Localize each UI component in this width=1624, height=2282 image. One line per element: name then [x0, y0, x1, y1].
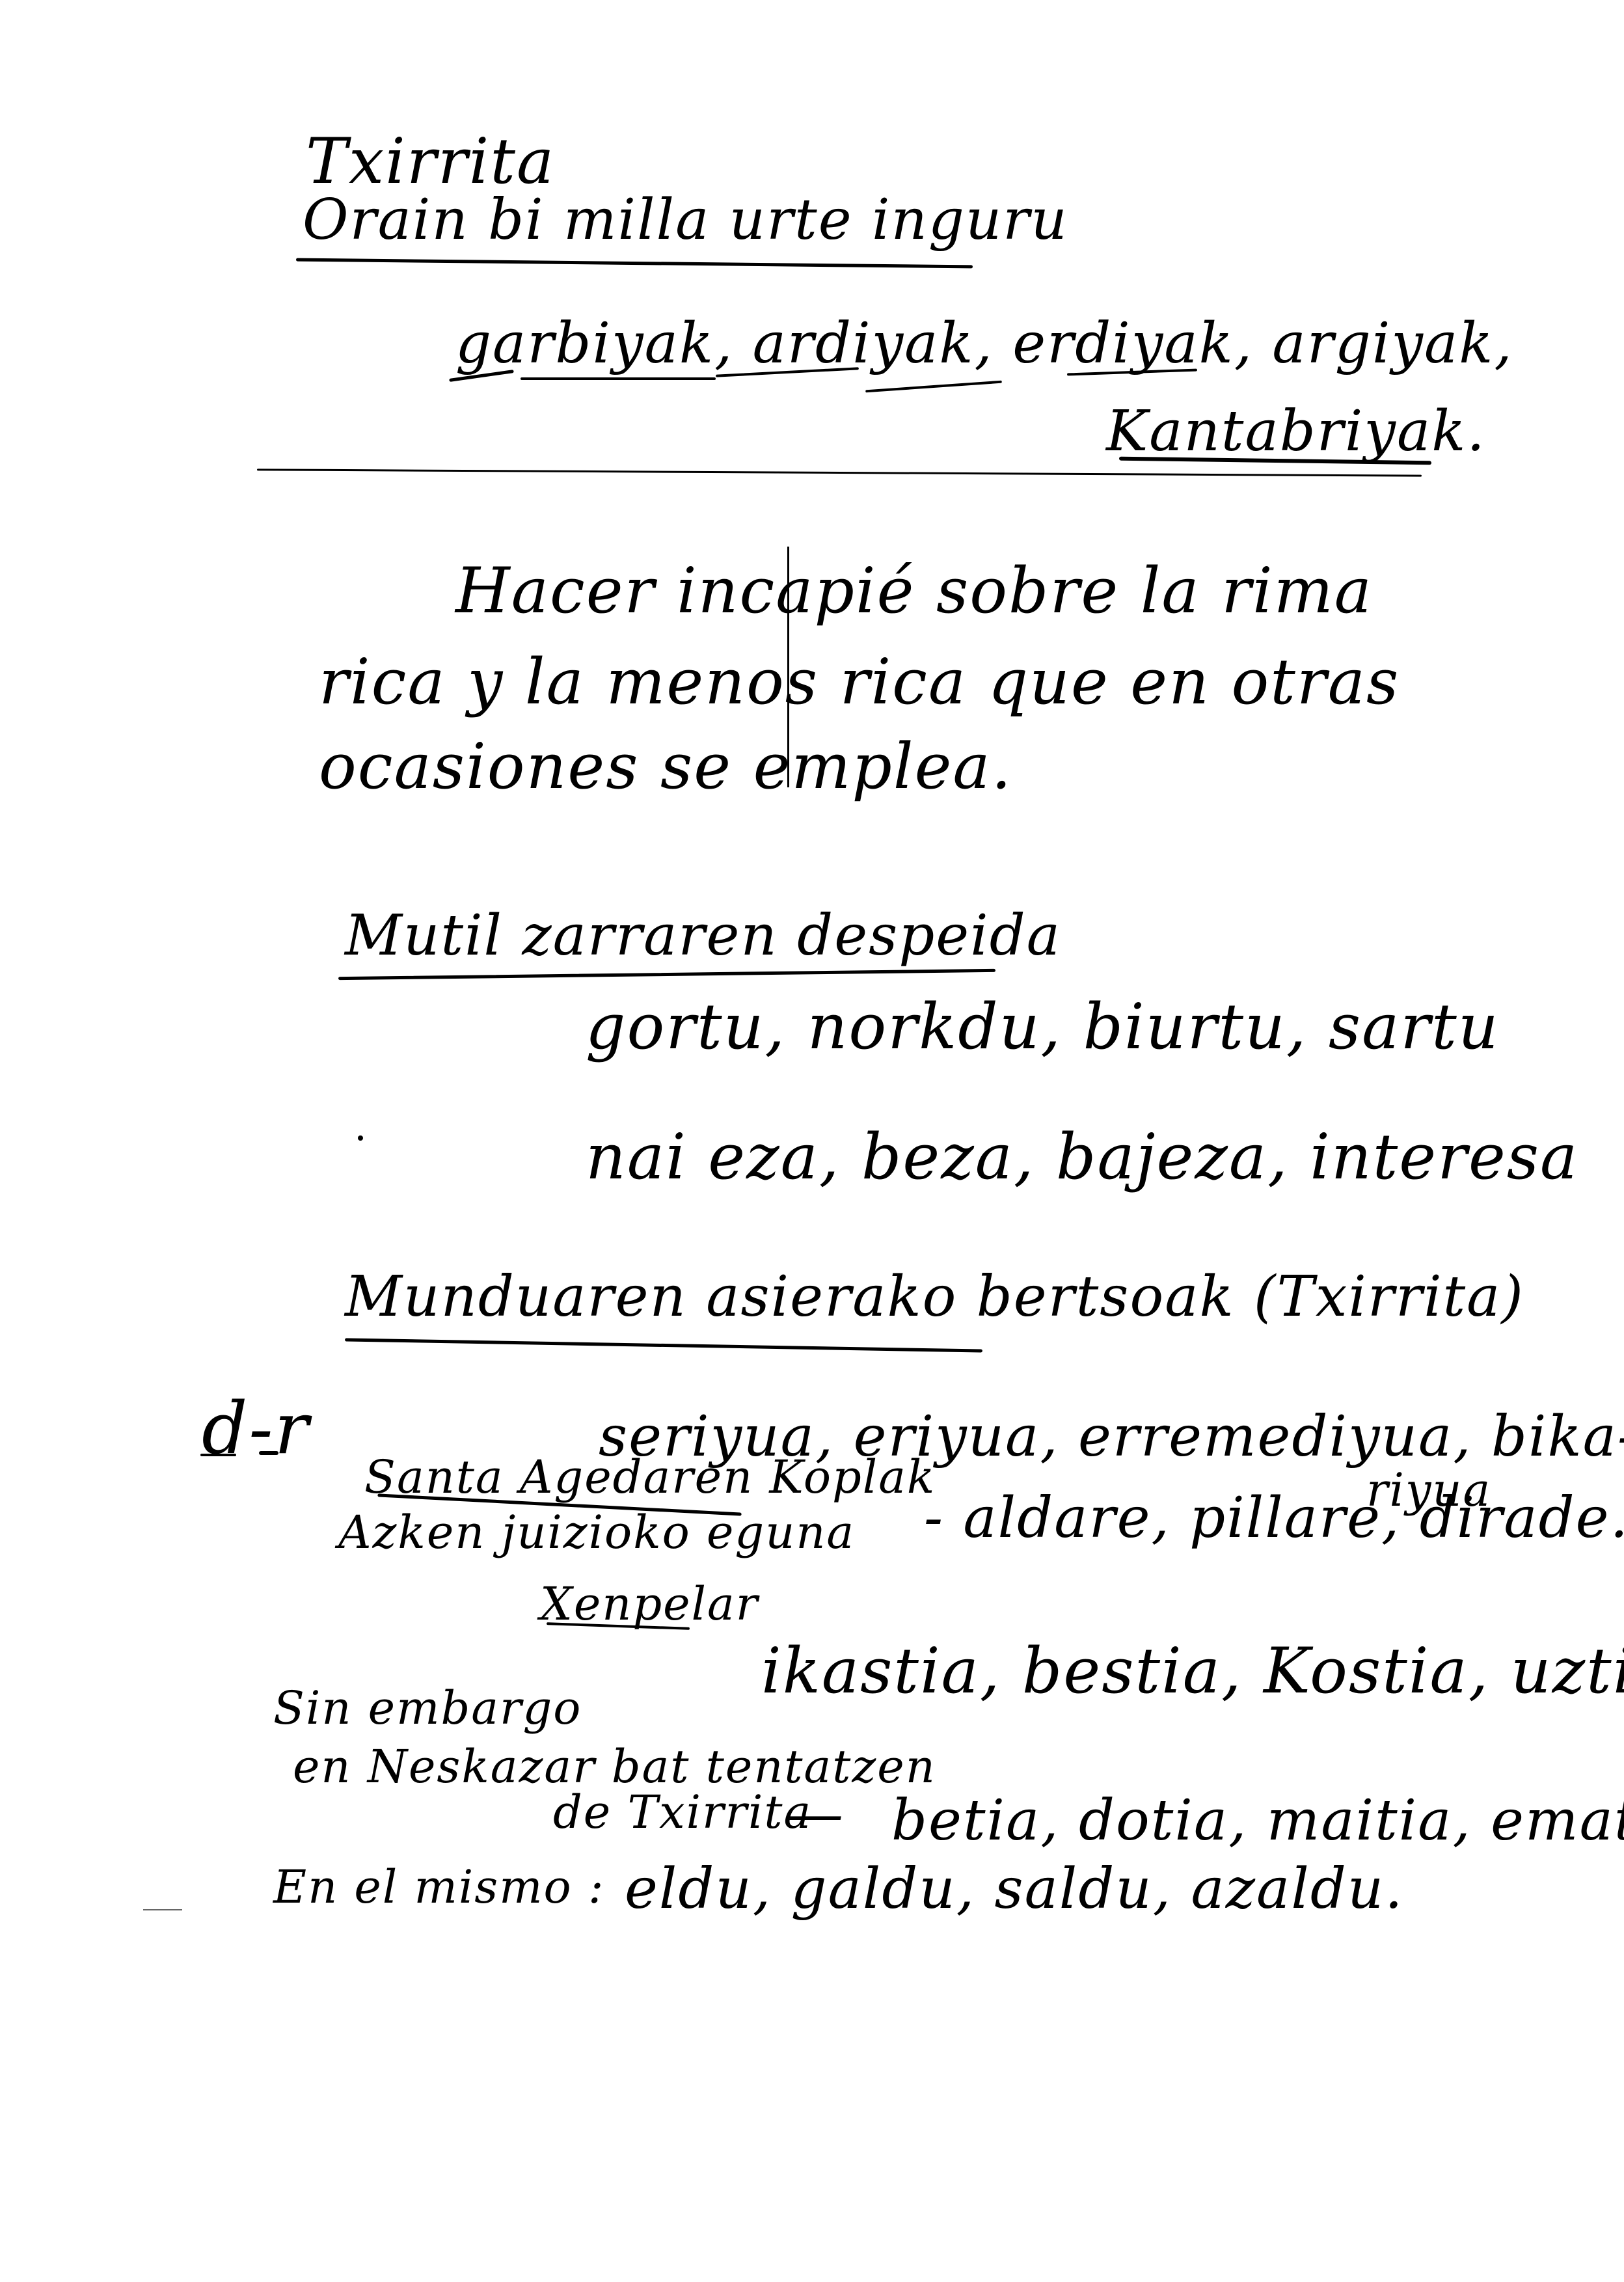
- note-text: de Txirrita: [553, 1789, 812, 1835]
- margin-label-underline: [200, 1454, 236, 1456]
- note-text: rica y la menos rica que en otras: [319, 651, 1400, 713]
- heading-underline: [338, 969, 995, 980]
- margin-mark: [787, 547, 789, 787]
- rhyme-list: betia, dotia, maitia, ematia.: [891, 1793, 1624, 1849]
- section-divider: [257, 469, 1422, 476]
- word-underline: [865, 381, 1002, 393]
- poem-title: Azken juizioko eguna: [338, 1510, 855, 1555]
- rhyme-list: eldu, galdu, saldu, azaldu.: [625, 1861, 1404, 1917]
- poem-title: Xenpelar: [540, 1581, 759, 1627]
- rhyme-list: garbiyak, ardiyak, erdiyak, argiyak,: [455, 316, 1513, 372]
- poem-title: Santa Agedaren Koplak: [364, 1454, 936, 1500]
- rhyme-list: ikastia, bestia, Kostia, uztia: [761, 1640, 1624, 1702]
- section-heading: Munduaren asierako bertsoak (Txirrita): [345, 1269, 1524, 1325]
- rhyme-list-continued: Kantabriyak.: [1106, 403, 1486, 459]
- heading-underline: [345, 1338, 982, 1352]
- note-text: Hacer incapié sobre la rima: [455, 560, 1373, 622]
- rhyme-list: nai eza, beza, bajeza, interesa: [586, 1126, 1578, 1188]
- section-heading: Orain bi milla urte inguru: [303, 192, 1068, 248]
- page-title: Txirrita: [306, 130, 555, 193]
- scan-artifact: [143, 1909, 182, 1910]
- heading-underline: [296, 258, 973, 269]
- rhyme-list: gortu, norkdu, biurtu, sartu: [586, 996, 1500, 1058]
- rhyme-list: - aldare, pillare, dirade.: [924, 1490, 1624, 1546]
- note-text: ocasiones se emplea.: [319, 735, 1012, 798]
- stray-mark: [358, 1135, 363, 1141]
- section-heading: Mutil zarraren despeida: [345, 908, 1061, 964]
- note-text: En el mismo :: [273, 1864, 605, 1910]
- dash: —: [787, 1786, 845, 1842]
- word-underline: [521, 377, 716, 380]
- note-text: Sin embargo: [273, 1685, 582, 1731]
- margin-label-underline: [259, 1451, 278, 1455]
